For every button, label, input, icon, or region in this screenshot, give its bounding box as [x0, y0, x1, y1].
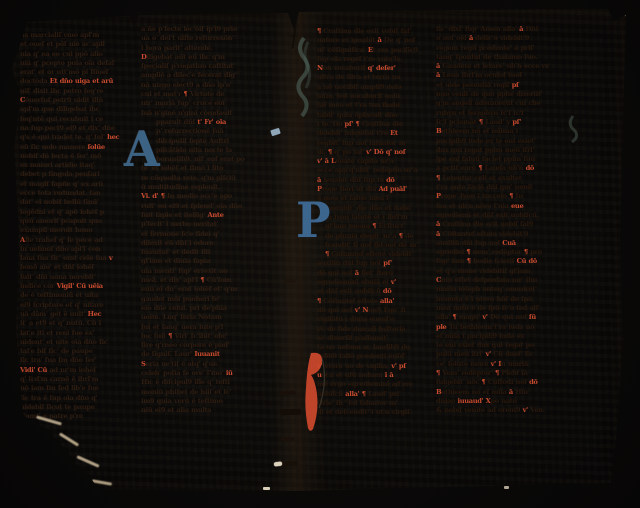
manuscript-leaf: us marcialiſ ymo apl'met oueſ et pōſ uie… [0, 0, 640, 508]
edge-speck [263, 487, 270, 490]
photo-background: us marcialiſ ymo apl'met oueſ et pōſ uie… [0, 0, 640, 508]
edge-shading [0, 0, 640, 508]
edge-speck [504, 486, 509, 489]
